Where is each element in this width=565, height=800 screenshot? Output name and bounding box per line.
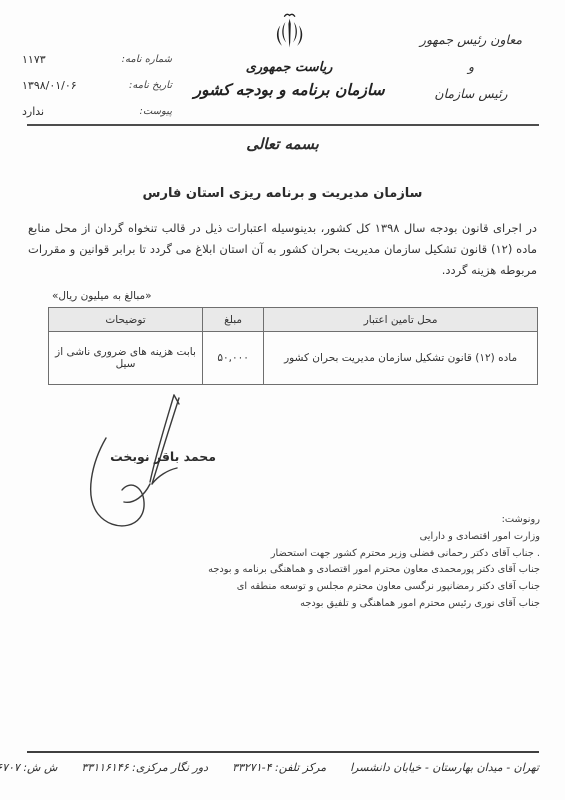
- letterhead-center: ریاست جمهوری سازمان برنامه و بودجه کشور: [179, 12, 399, 102]
- signatory-title-line1: معاون رئیس جمهور: [391, 26, 551, 53]
- org-name: سازمان برنامه و بودجه کشور: [179, 78, 399, 102]
- cc-label: رونوشت:: [25, 512, 540, 529]
- header-amount: مبلغ: [203, 308, 264, 332]
- signatory-title-line3: رئیس سازمان: [391, 80, 551, 107]
- cc-list: رونوشت: وزارت امور اقتصادی و دارایی . جن…: [25, 512, 540, 613]
- signatory-title-line2: و: [391, 53, 551, 80]
- letter-date-value: ۱۳۹۸/۰۱/۰۶: [22, 79, 77, 92]
- cell-notes: بابت هزینه های ضروری ناشی از سیل: [49, 332, 203, 385]
- cc-item: جناب آقای دکتر رمضانپور نرگسی معاون محتر…: [25, 579, 540, 596]
- table-header-row: محل تامین اعتبار مبلغ توضیحات: [49, 308, 538, 332]
- signatory-name: محمد باقر نوبخت: [110, 449, 216, 464]
- footer-contact-row: تهران - میدان بهارستان - خیابان دانشسرا …: [28, 761, 539, 774]
- cc-item: جناب آقای دکتر پورمحمدی معاون محترم امور…: [25, 562, 540, 579]
- header-notes: توضیحات: [49, 308, 203, 332]
- credit-allocation-table: محل تامین اعتبار مبلغ توضیحات ماده (۱۲) …: [48, 307, 538, 385]
- scanned-letter-page: معاون رئیس جمهور و رئیس سازمان ریاست جمه…: [0, 0, 565, 800]
- letter-number-row: شماره نامه: ۱۱۷۳: [22, 46, 172, 72]
- letter-meta-fields: شماره نامه: ۱۱۷۳ تاریخ نامه: ۱۳۹۸/۰۱/۰۶ …: [22, 46, 172, 124]
- org-parent-name: ریاست جمهوری: [179, 58, 399, 78]
- cc-item: جناب آقای نوری رئیس محترم امور هماهنگی و…: [25, 596, 540, 613]
- letterhead-signatory-titles: معاون رئیس جمهور و رئیس سازمان: [391, 26, 551, 107]
- cc-item: وزارت امور اقتصادی و دارایی: [25, 529, 540, 546]
- letter-number-value: ۱۱۷۳: [22, 53, 46, 66]
- cell-credit-source: ماده (۱۲) قانون تشکیل سازمان مدیریت بحرا…: [264, 332, 538, 385]
- letter-number-label: شماره نامه:: [122, 54, 172, 65]
- cell-amount: ۵۰,۰۰۰: [203, 332, 264, 385]
- signature-block: محمد باقر نوبخت: [78, 392, 278, 532]
- table-caption: «مبالغ به میلیون ریال»: [52, 290, 152, 302]
- table-row: ماده (۱۲) قانون تشکیل سازمان مدیریت بحرا…: [49, 332, 538, 385]
- recipient-title: سازمان مدیریت و برنامه ریزی استان فارس: [0, 186, 565, 201]
- cc-item: . جناب آقای دکتر رحمانی فضلی وزیر محترم …: [25, 546, 540, 563]
- header-credit-source: محل تامین اعتبار: [264, 308, 538, 332]
- footer-phone: مرکز تلفن: ۴-۳۳۲۷۱: [232, 761, 326, 774]
- letter-attachment-label: پیوست:: [139, 106, 172, 117]
- letter-date-label: تاریخ نامه:: [129, 80, 172, 91]
- footer-divider: [27, 751, 539, 753]
- footer-fax: دور نگار مرکزی: ۳۳۱۱۶۱۴۶: [81, 761, 208, 774]
- letter-body-paragraph: در اجرای قانون بودجه سال ۱۳۹۸ کل کشور، ب…: [28, 218, 537, 281]
- footer-address: تهران - میدان بهارستان - خیابان دانشسرا: [350, 761, 539, 774]
- letterhead-divider: [27, 124, 539, 126]
- letter-date-row: تاریخ نامه: ۱۳۹۸/۰۱/۰۶: [22, 72, 172, 98]
- besmele-text: بسمه تعالی: [0, 135, 565, 153]
- letter-attachment-value: ندارد: [22, 105, 44, 118]
- iran-emblem-icon: [179, 12, 399, 56]
- footer-registry-code: ش ش: ۳۱۵۶۷۰۷: [0, 761, 57, 774]
- letter-attachment-row: پیوست: ندارد: [22, 98, 172, 124]
